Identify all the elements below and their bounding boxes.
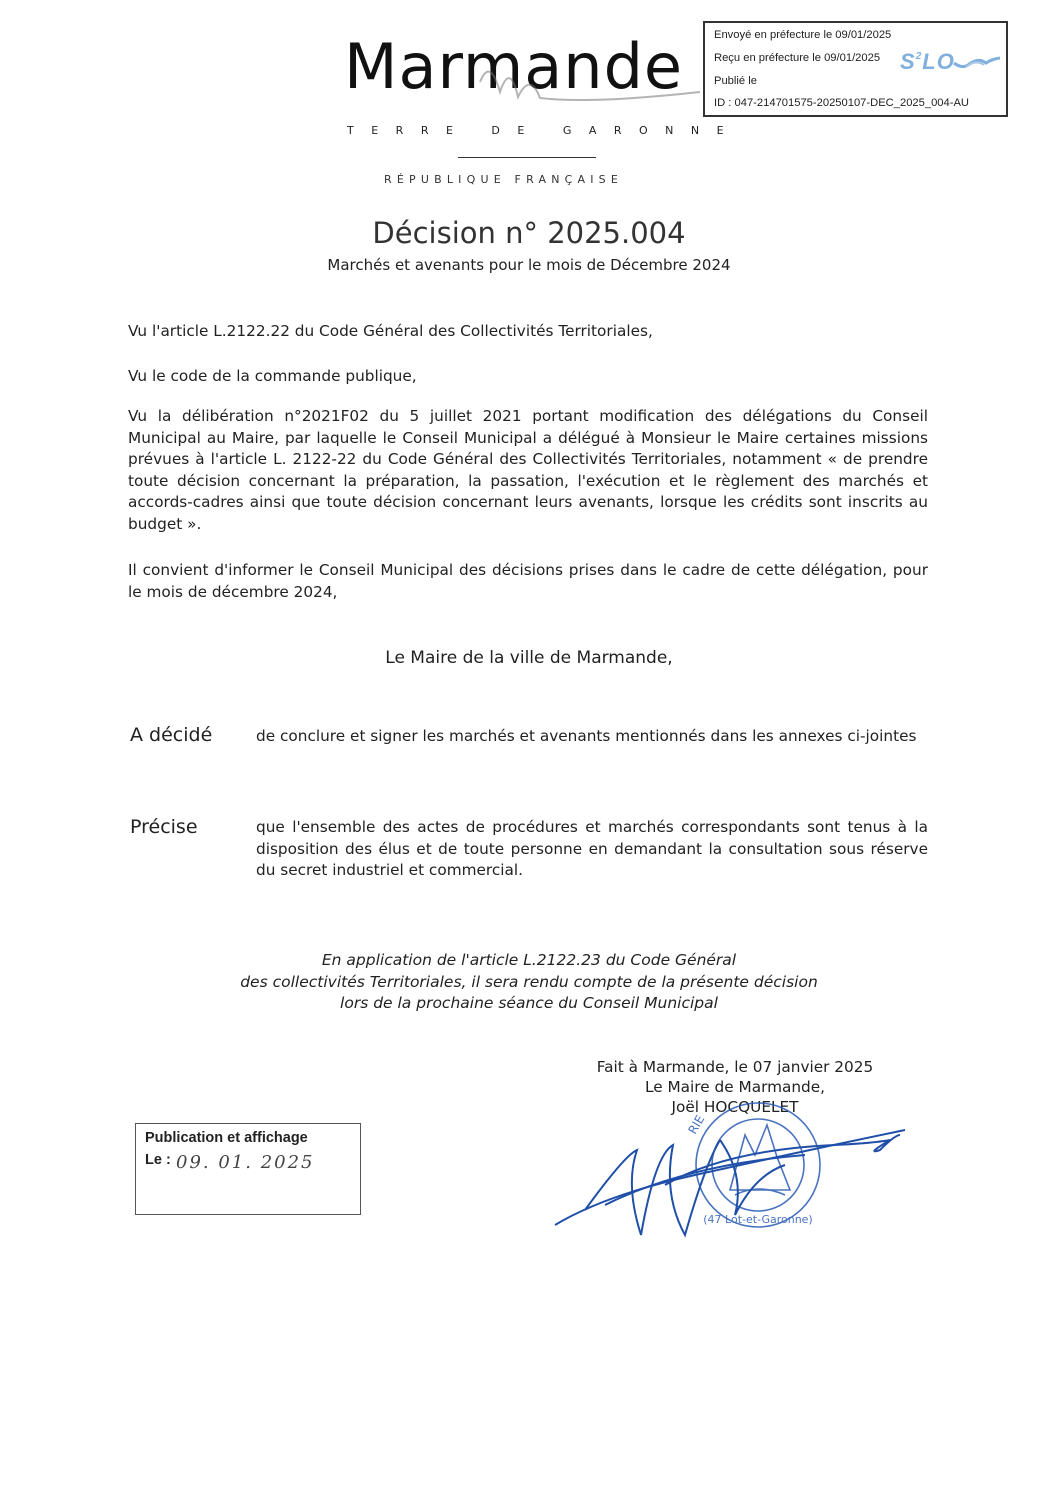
- s2lo-s: S: [900, 49, 916, 74]
- decision-title: Décision n° 2025.004: [0, 216, 1058, 250]
- decision-subtitle: Marchés et avenants pour le mois de Déce…: [0, 256, 1058, 274]
- publication-box: Publication et affichage Le : 09. 01. 20…: [135, 1123, 361, 1215]
- decision-label-precise: Précise: [130, 816, 198, 838]
- stamp-id: ID : 047-214701575-20250107-DEC_2025_004…: [714, 97, 969, 109]
- visa-article: Vu l'article L.2122.22 du Code Général d…: [128, 321, 928, 343]
- checkmark-swoosh-icon: [952, 55, 1002, 71]
- stamp-received: Reçu en préfecture le 09/01/2025: [714, 52, 880, 64]
- mairie-seal-icon: (47 Lot-et-Garonne) RIE: [685, 1103, 820, 1227]
- considerant: Il convient d'informer le Conseil Munici…: [128, 560, 928, 603]
- prefecture-stamp: Envoyé en préfecture le 09/01/2025 Reçu …: [703, 21, 1008, 117]
- s2lo-logo: S2LO: [900, 49, 955, 75]
- legal-note: En application de l'article L.2122.23 du…: [0, 950, 1058, 1015]
- visa-deliberation: Vu la délibération n°2021F02 du 5 juille…: [128, 406, 928, 535]
- decision-text-decide: de conclure et signer les marchés et ave…: [256, 726, 928, 748]
- publication-label: Le :: [145, 1152, 171, 1168]
- s2lo-lo: LO: [922, 49, 955, 74]
- signoff-role: Le Maire de Marmande,: [540, 1077, 930, 1097]
- logo-divider: [458, 157, 596, 158]
- logo-wave-icon: [470, 52, 710, 112]
- stamp-published: Publié le: [714, 75, 757, 87]
- decision-text-precise: que l'ensemble des actes de procédures e…: [256, 817, 928, 882]
- legal-note-line: des collectivités Territoriales, il sera…: [0, 972, 1058, 994]
- republique-francaise: RÉPUBLIQUE FRANÇAISE: [384, 173, 623, 186]
- legal-note-line: lors de la prochaine séance du Conseil M…: [0, 993, 1058, 1015]
- maire-heading: Le Maire de la ville de Marmande,: [0, 648, 1058, 668]
- mayor-signature-and-seal: (47 Lot-et-Garonne) RIE: [545, 1095, 925, 1240]
- logo-tagline: TERRE DE GARONNE: [347, 124, 741, 137]
- signoff-place-date: Fait à Marmande, le 07 janvier 2025: [540, 1057, 930, 1077]
- svg-text:(47 Lot-et-Garonne): (47 Lot-et-Garonne): [703, 1213, 812, 1226]
- legal-note-line: En application de l'article L.2122.23 du…: [0, 950, 1058, 972]
- visa-code: Vu le code de la commande publique,: [128, 366, 928, 388]
- publication-date: 09. 01. 2025: [176, 1152, 315, 1173]
- publication-title: Publication et affichage: [145, 1130, 308, 1146]
- decision-label-decide: A décidé: [130, 724, 212, 746]
- stamp-sent: Envoyé en préfecture le 09/01/2025: [714, 29, 891, 41]
